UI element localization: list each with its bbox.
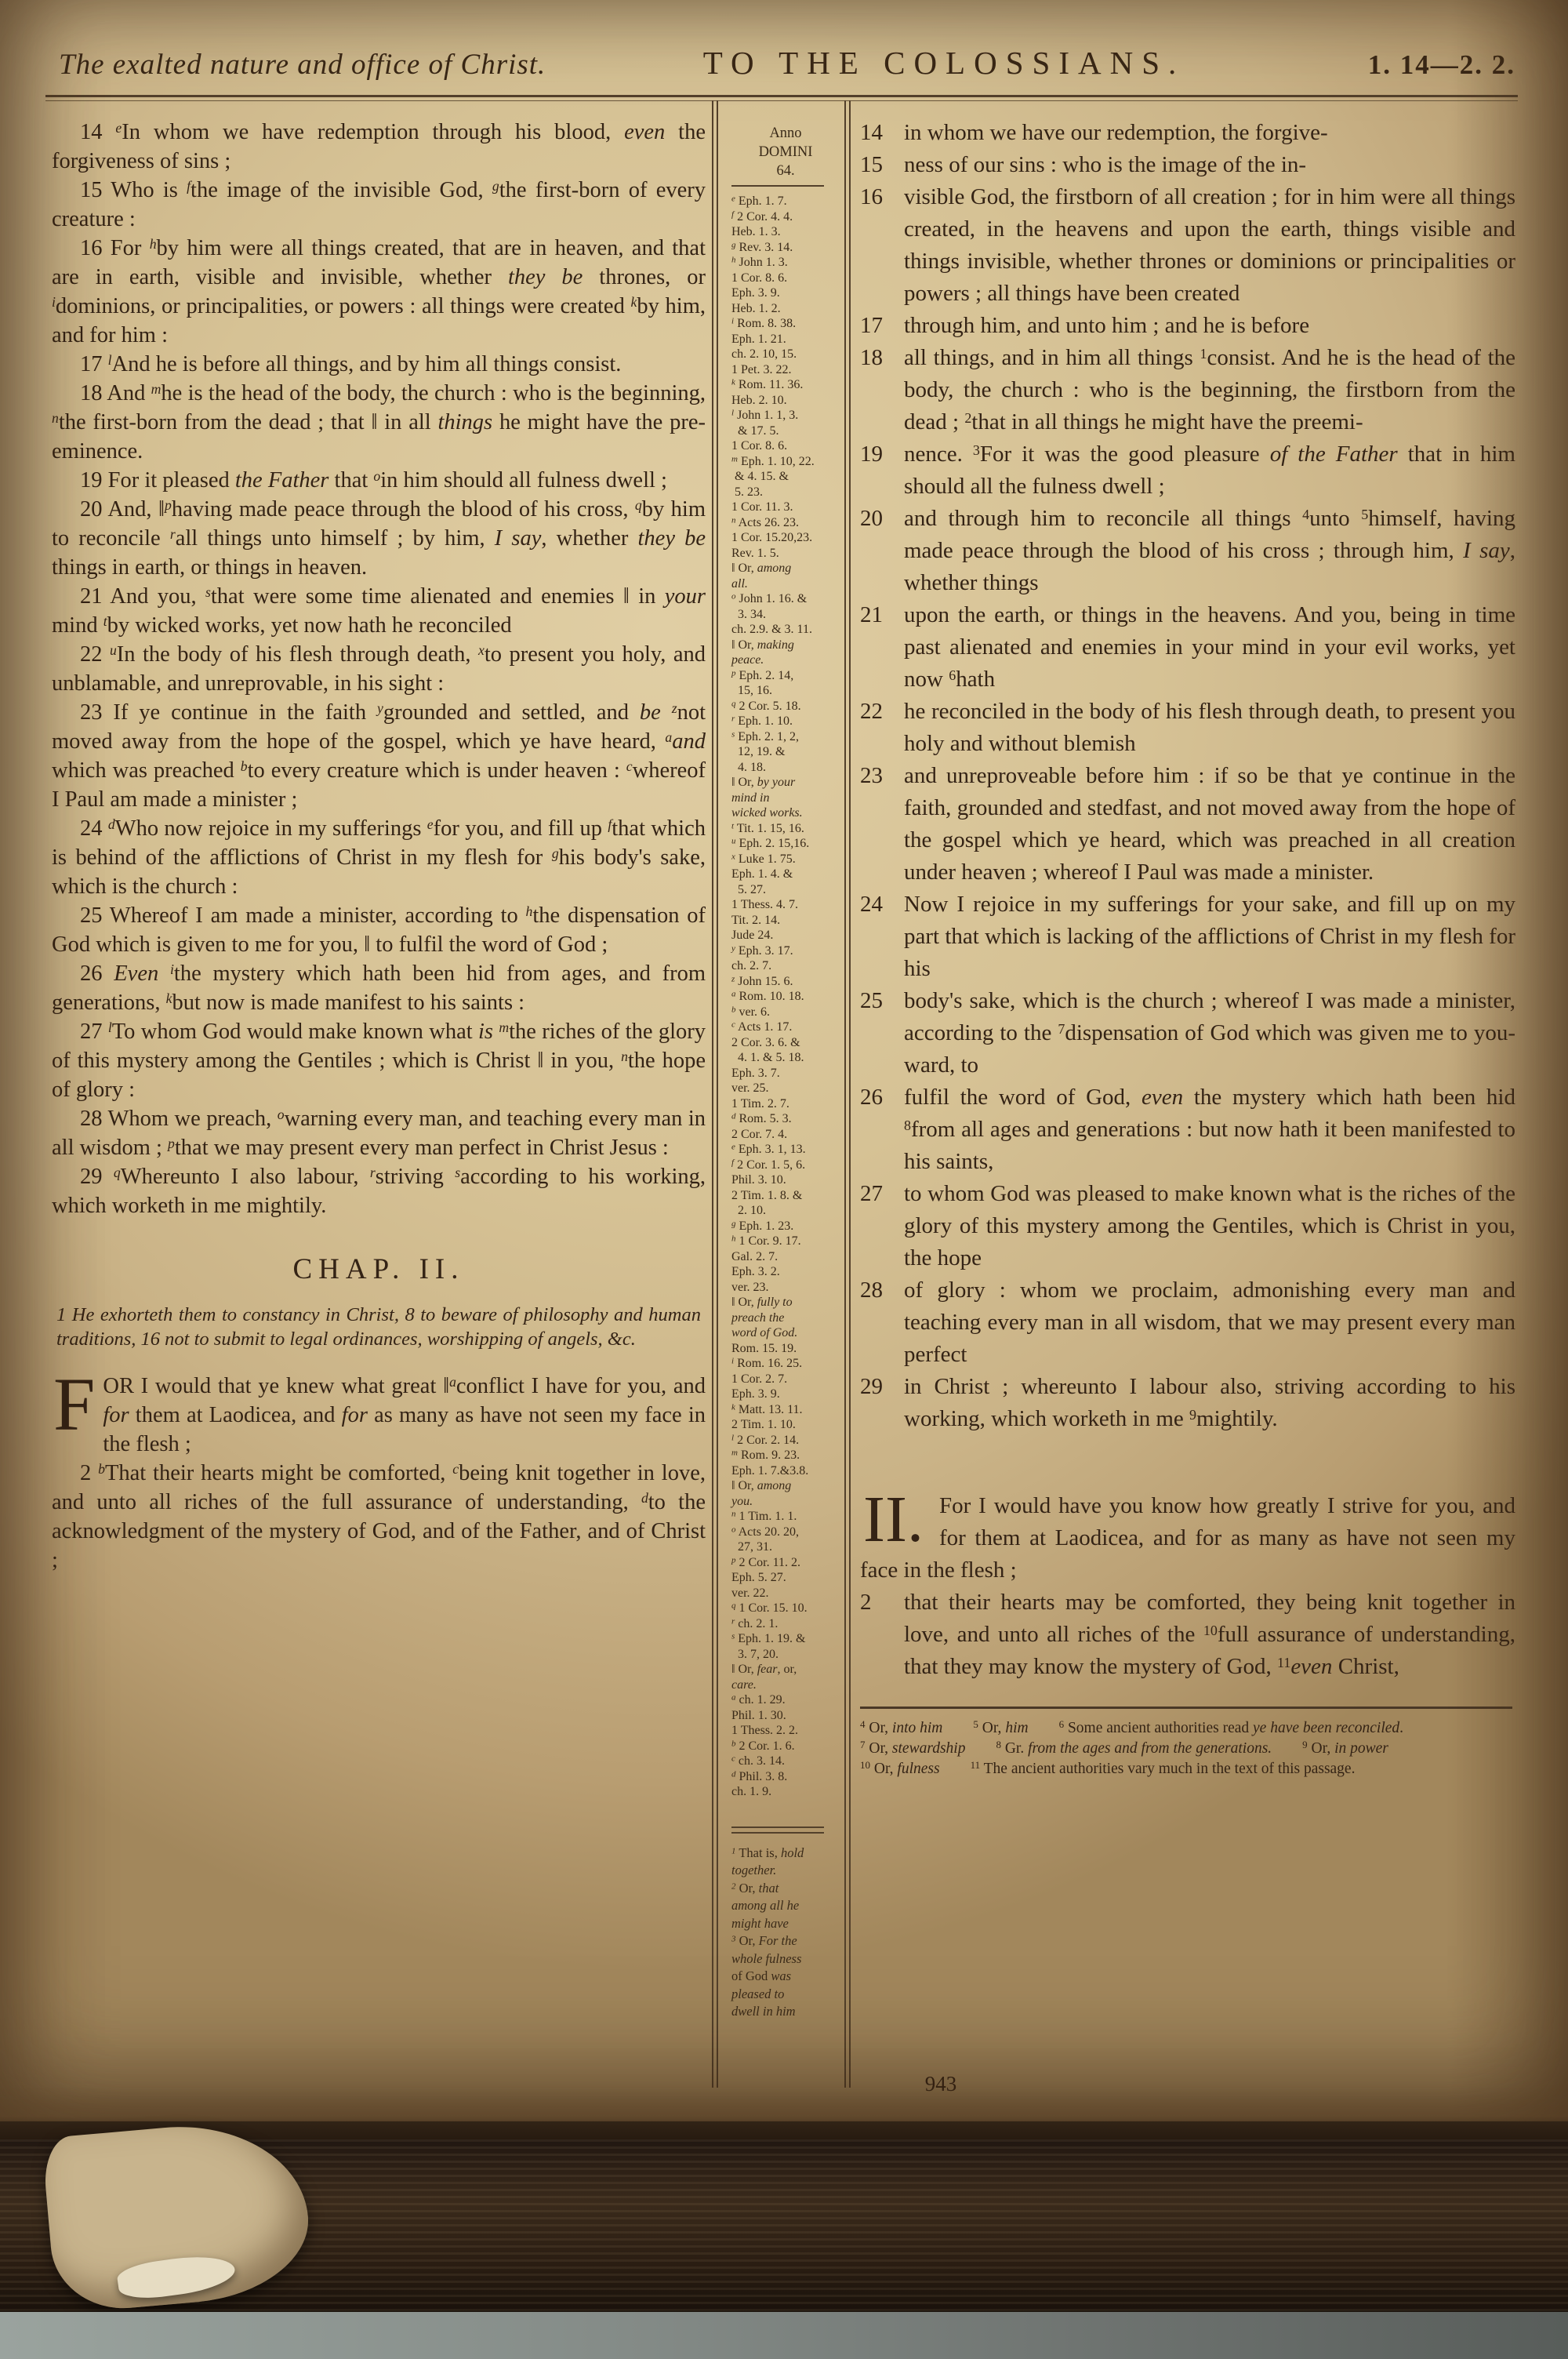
reference-line: Heb. 1. 2.	[731, 301, 840, 317]
reference-line: ver. 22.	[731, 1586, 840, 1601]
reference-line: 1 Cor. 8. 6.	[731, 271, 840, 286]
reference-line: r ch. 2. 1.	[731, 1616, 840, 1632]
rv-verse: 15ness of our sins : who is the image of…	[860, 149, 1515, 181]
page-title: TO THE COLOSSIANS.	[568, 44, 1319, 82]
verse-text: of glory : whom we proclaim, admonishing…	[904, 1278, 1515, 1367]
reference-line: Eph. 1. 7.&3.8.	[731, 1463, 840, 1479]
verse-number: 20	[860, 503, 904, 535]
reference-line: ‖ Or, among	[731, 1478, 840, 1494]
bible-page: The exalted nature and office of Christ.…	[0, 0, 1568, 2121]
reference-line: m Rom. 9. 23.	[731, 1448, 840, 1463]
reference-line: x Luke 1. 75.	[731, 852, 840, 867]
reference-line: l 2 Cor. 2. 14.	[731, 1433, 840, 1448]
reference-line: 1 Cor. 11. 3.	[731, 500, 840, 515]
page-bottom-shadow	[0, 2086, 1568, 2141]
reference-line: d Rom. 5. 3.	[731, 1111, 840, 1127]
verse-text: body's sake, which is the church ; where…	[904, 988, 1515, 1078]
kjv-verse: 15 Who is fthe image of the invisible Go…	[52, 176, 706, 234]
reference-line: mind in	[731, 791, 840, 806]
reference-line: Eph. 5. 27.	[731, 1570, 840, 1586]
table-surface	[0, 2312, 1568, 2359]
reference-line: wicked works.	[731, 805, 840, 821]
reference-line: g Rev. 3. 14.	[731, 240, 840, 256]
kjv-verse: 22 uIn the body of his flesh through dea…	[52, 640, 706, 698]
kjv-verse: 20 And, ‖phaving made peace through the …	[52, 495, 706, 582]
kjv-verse: 18 And mhe is the head of the body, the …	[52, 379, 706, 466]
reference-line: & 4. 15. &	[731, 469, 840, 485]
kjv-verse: 28 Whom we preach, owarning every man, a…	[52, 1104, 706, 1162]
kjv-verse: 26 Even ithe mystery which hath been hid…	[52, 959, 706, 1017]
verse-text: through him, and unto him ; and he is be…	[904, 313, 1309, 338]
reference-line: 3. 34.	[731, 607, 840, 623]
reference-line: y Eph. 3. 17.	[731, 943, 840, 959]
reference-line: 4. 1. & 5. 18.	[731, 1050, 840, 1066]
dropcap-letter: F	[52, 1372, 103, 1433]
reference-line: Jude 24.	[731, 928, 840, 943]
reference-line: t Tit. 1. 15, 16.	[731, 821, 840, 837]
reference-line: ‖ Or, among	[731, 561, 840, 576]
reference-line: e Eph. 1. 7.	[731, 194, 840, 209]
rv-verse: 14in whom we have our redemption, the fo…	[860, 117, 1515, 149]
reference-note-line: might have	[731, 1915, 840, 1933]
chapter-2-summary: 1 He exhorteth them to constancy in Chri…	[56, 1303, 701, 1351]
kjv-verse: 23 If ye continue in the faith ygrounded…	[52, 698, 706, 814]
verse-number: 27	[860, 1178, 904, 1210]
reference-line: Rev. 1. 5.	[731, 546, 840, 562]
reference-line: 3. 7, 20.	[731, 1647, 840, 1663]
footnote-list: 4 Or, into him 5 Or, him 6 Some ancient …	[860, 1718, 1515, 1779]
kjv-column: 14 eIn whom we have redemption through h…	[52, 118, 706, 1575]
verse-text: fulfil the word of God, even the mystery…	[904, 1085, 1515, 1174]
reference-line: ch. 2. 7.	[731, 958, 840, 974]
reference-line: u Eph. 2. 15,16.	[731, 836, 840, 852]
anno-line: DOMINI	[731, 143, 840, 162]
kjv-verse-list: 14 eIn whom we have redemption through h…	[52, 118, 706, 1220]
rv-verse: 17through him, and unto him ; and he is …	[860, 310, 1515, 342]
reference-line: 1 Thess. 2. 2.	[731, 1723, 840, 1739]
reference-line: ‖ Or, by your	[731, 775, 840, 791]
kjv-chapter-2-verse-1: FOR I would that ye knew what great ‖aco…	[52, 1372, 706, 1459]
kjv-verse: 17 lAnd he is before all things, and by …	[52, 350, 706, 379]
kjv-chapter-2-verse-1-text: OR I would that ye knew what great ‖acon…	[103, 1374, 706, 1456]
rv-verse: 29in Christ ; whereunto I labour also, s…	[860, 1371, 1515, 1435]
footnote-line: 10 Or, fulness 11 The ancient authoritie…	[860, 1759, 1515, 1779]
footnote-line: 4 Or, into him 5 Or, him 6 Some ancient …	[860, 1718, 1515, 1739]
reference-line: e Eph. 3. 1, 13.	[731, 1142, 840, 1158]
verse-text: upon the earth, or things in the heavens…	[904, 602, 1515, 692]
reference-line: Eph. 3. 7.	[731, 1066, 840, 1081]
rv-verse: 24Now I rejoice in my sufferings for you…	[860, 889, 1515, 985]
reference-line: 2 Tim. 1. 8. &	[731, 1188, 840, 1204]
rv-verse: 23and unreproveable before him : if so b…	[860, 760, 1515, 889]
reference-line: 1 Cor. 15.20,23.	[731, 530, 840, 546]
kjv-verse: 16 For hby him were all things created, …	[52, 234, 706, 350]
reference-line: ver. 23.	[731, 1280, 840, 1296]
reference-note-line: dwell in him	[731, 2003, 840, 2021]
reference-line: 15, 16.	[731, 683, 840, 699]
rv-verse: 2that their hearts may be comforted, the…	[860, 1587, 1515, 1683]
rv-verse: 26fulfil the word of God, even the myste…	[860, 1081, 1515, 1178]
anno-line: 64.	[731, 162, 840, 180]
verse-number: 24	[860, 889, 904, 921]
reference-line: m Eph. 1. 10, 22.	[731, 454, 840, 470]
column-rule-left-outer	[712, 100, 713, 2088]
page-header: The exalted nature and office of Christ.…	[59, 44, 1515, 82]
reference-line: ‖ Or, fully to	[731, 1295, 840, 1310]
reference-line: Phil. 1. 30.	[731, 1708, 840, 1724]
reference-line: 2 Cor. 3. 6. &	[731, 1035, 840, 1051]
reference-line: Rom. 15. 19.	[731, 1341, 840, 1357]
verse-number: 16	[860, 181, 904, 213]
reference-note-line: among all he	[731, 1897, 840, 1915]
reference-line: k Rom. 11. 36.	[731, 377, 840, 393]
chapter-numeral: II.	[860, 1490, 939, 1545]
reference-line: 1 Pet. 3. 22.	[731, 362, 840, 378]
verse-number: 22	[860, 696, 904, 728]
verse-text: to whom God was pleased to make known wh…	[904, 1181, 1515, 1270]
reference-line: 12, 19. &	[731, 744, 840, 760]
reference-line: word of God.	[731, 1325, 840, 1341]
reference-note-line: 2 Or, that	[731, 1880, 840, 1898]
reference-line: b ver. 6.	[731, 1005, 840, 1020]
verse-number: 21	[860, 599, 904, 631]
rv-verse: 25body's sake, which is the church ; whe…	[860, 985, 1515, 1081]
reference-line: c Acts 1. 17.	[731, 1020, 840, 1035]
column-rule-right-outer	[849, 100, 851, 2088]
column-rule-left-inner	[717, 100, 718, 2088]
reference-line: z John 15. 6.	[731, 974, 840, 990]
verse-text: and unreproveable before him : if so be …	[904, 763, 1515, 885]
header-rule	[45, 95, 1518, 101]
rv-verse: 28of glory : whom we proclaim, admonishi…	[860, 1274, 1515, 1371]
kjv-verse: 14 eIn whom we have redemption through h…	[52, 118, 706, 176]
reference-line: h John 1. 3.	[731, 255, 840, 271]
reference-line: s Eph. 2. 1, 2,	[731, 729, 840, 745]
verse-number: 28	[860, 1274, 904, 1307]
verse-number: 29	[860, 1371, 904, 1403]
verse-number: 26	[860, 1081, 904, 1114]
reference-line: 2 Tim. 1. 10.	[731, 1417, 840, 1433]
reference-double-rule	[731, 1826, 824, 1834]
reference-line: i Rom. 8. 38.	[731, 316, 840, 332]
references-column: Anno DOMINI 64. e Eph. 1. 7. f 2 Cor. 4.…	[731, 124, 840, 2021]
verse-text: that their hearts may be comforted, they…	[904, 1590, 1515, 1679]
reference-line: preach the	[731, 1310, 840, 1326]
rv-chapter-2-verse-1-text: For I would have you know how greatly I …	[860, 1493, 1515, 1583]
reference-line: r Eph. 1. 10.	[731, 714, 840, 729]
reference-line: i Rom. 16. 25.	[731, 1356, 840, 1372]
verse-number: 19	[860, 438, 904, 471]
rv-verse: 18all things, and in him all things 1con…	[860, 342, 1515, 438]
reference-note-line: of God was	[731, 1968, 840, 1986]
reference-line: b 2 Cor. 1. 6.	[731, 1739, 840, 1754]
reference-line: Eph. 1. 4. &	[731, 867, 840, 882]
reference-notes: 1 That is, hold together. 2 Or, that amo…	[731, 1845, 840, 2021]
rv-column: 14in whom we have our redemption, the fo…	[860, 117, 1515, 1779]
reference-line: n Acts 26. 23.	[731, 515, 840, 531]
reference-line: you.	[731, 1494, 840, 1510]
reference-line: ch. 2. 10, 15.	[731, 347, 840, 362]
rv-verse: 21upon the earth, or things in the heave…	[860, 599, 1515, 696]
reference-line: Tit. 2. 14.	[731, 913, 840, 929]
reference-line: c ch. 3. 14.	[731, 1754, 840, 1769]
verse-number: 18	[860, 342, 904, 374]
reference-line: f 2 Cor. 4. 4.	[731, 209, 840, 225]
reference-line: Phil. 3. 10.	[731, 1172, 840, 1188]
running-head: The exalted nature and office of Christ.	[59, 48, 568, 82]
reference-line: 1 Tim. 2. 7.	[731, 1096, 840, 1112]
reference-line: 1 Cor. 2. 7.	[731, 1372, 840, 1387]
reference-line: all.	[731, 576, 840, 592]
reference-line: Gal. 2. 7.	[731, 1249, 840, 1265]
reference-line: ch. 1. 9.	[731, 1784, 840, 1800]
rv-chapter-2-verse-1: II.For I would have you know how greatly…	[860, 1490, 1515, 1587]
reference-line: Eph. 3. 9.	[731, 1387, 840, 1402]
reference-line: Eph. 3. 2.	[731, 1264, 840, 1280]
reference-line: p 2 Cor. 11. 2.	[731, 1555, 840, 1571]
verse-text: he reconciled in the body of his flesh t…	[904, 699, 1515, 756]
reference-line: care.	[731, 1677, 840, 1693]
reference-line: 27, 31.	[731, 1539, 840, 1555]
rv-verse: 19nence. 3For it was the good pleasure o…	[860, 438, 1515, 503]
anno-domini: Anno DOMINI 64.	[731, 124, 840, 180]
reference-rule	[731, 185, 824, 187]
reference-line: 5. 23.	[731, 485, 840, 500]
rv-chapter-2-verse-list: 2that their hearts may be comforted, the…	[860, 1587, 1515, 1683]
verse-number: 2	[860, 1587, 904, 1619]
verse-text: all things, and in him all things 1consi…	[904, 345, 1515, 434]
kjv-verse: 24 dWho now rejoice in my sufferings efo…	[52, 814, 706, 901]
kjv-verse: 19 For it pleased the Father that oin hi…	[52, 466, 706, 495]
verse-text: nence. 3For it was the good pleasure of …	[904, 442, 1515, 499]
reference-line: ch. 2.9. & 3. 11.	[731, 622, 840, 638]
reference-line: Heb. 1. 3.	[731, 224, 840, 240]
rv-verse-list: 14in whom we have our redemption, the fo…	[860, 117, 1515, 1435]
rv-verse: 20and through him to reconcile all thing…	[860, 503, 1515, 599]
reference-line: 5. 27.	[731, 882, 840, 898]
verse-text: ness of our sins : who is the image of t…	[904, 152, 1306, 177]
reference-line: p Eph. 2. 14,	[731, 668, 840, 684]
reference-note-line: pleased to	[731, 1986, 840, 2004]
footnote-line: 7 Or, stewardship 8 Gr. from the ages an…	[860, 1739, 1515, 1759]
kjv-verse: 29 qWhereunto I also labour, rstriving s…	[52, 1162, 706, 1220]
rv-verse: 16visible God, the firstborn of all crea…	[860, 181, 1515, 310]
reference-line: g Eph. 1. 23.	[731, 1219, 840, 1234]
verse-number: 15	[860, 149, 904, 181]
reference-line: 2 Cor. 7. 4.	[731, 1127, 840, 1143]
verse-text: and through him to reconcile all things …	[904, 506, 1515, 595]
verse-text: in Christ ; whereunto I labour also, str…	[904, 1374, 1515, 1431]
reference-line: ver. 25.	[731, 1081, 840, 1096]
reference-list: e Eph. 1. 7. f 2 Cor. 4. 4. Heb. 1. 3. g…	[731, 194, 840, 1800]
reference-line: q 1 Cor. 15. 10.	[731, 1601, 840, 1616]
footnote-rule	[860, 1707, 1512, 1709]
reference-line: o John 1. 16. &	[731, 591, 840, 607]
reference-note-line: 1 That is, hold	[731, 1845, 840, 1863]
reference-line: 4. 18.	[731, 760, 840, 776]
reference-line: Eph. 3. 9.	[731, 285, 840, 301]
reference-note-line: 3 Or, For the	[731, 1932, 840, 1950]
verse-number: 25	[860, 985, 904, 1017]
reference-line: ‖ Or, making	[731, 638, 840, 653]
rv-verse: 27to whom God was pleased to make known …	[860, 1178, 1515, 1274]
verse-number: 14	[860, 117, 904, 149]
verse-text: Now I rejoice in my sufferings for your …	[904, 892, 1515, 981]
reference-line: o Acts 20. 20,	[731, 1525, 840, 1540]
reference-line: s Eph. 1. 19. &	[731, 1631, 840, 1647]
reference-line: h 1 Cor. 9. 17.	[731, 1234, 840, 1249]
reference-line: 2. 10.	[731, 1203, 840, 1219]
reference-line: a Rom. 10. 18.	[731, 989, 840, 1005]
photo-root: The exalted nature and office of Christ.…	[0, 0, 1568, 2359]
verse-text: visible God, the firstborn of all creati…	[904, 184, 1515, 306]
right-edge-shadow	[1450, 0, 1568, 2121]
kjv-verse: 21 And you, sthat were some time alienat…	[52, 582, 706, 640]
reference-line: peace.	[731, 652, 840, 668]
reference-line: Heb. 2. 10.	[731, 393, 840, 409]
reference-line: & 17. 5.	[731, 423, 840, 439]
kjv-verse: 25 Whereof I am made a minister, accordi…	[52, 901, 706, 959]
reference-line: a ch. 1. 29.	[731, 1692, 840, 1708]
reference-line: l John 1. 1, 3.	[731, 408, 840, 423]
anno-line: Anno	[731, 124, 840, 143]
reference-note-line: together.	[731, 1862, 840, 1880]
reference-line: 1 Cor. 8. 6.	[731, 438, 840, 454]
reference-line: 1 Thess. 4. 7.	[731, 897, 840, 913]
verse-number: 17	[860, 310, 904, 342]
column-rule-right-inner	[844, 100, 846, 2088]
reference-line: ‖ Or, fear, or,	[731, 1662, 840, 1677]
reference-line: q 2 Cor. 5. 18.	[731, 699, 840, 714]
chapter-2-heading: CHAP. II.	[52, 1255, 706, 1284]
reference-note-line: whole fulness	[731, 1950, 840, 1968]
reference-line: k Matt. 13. 11.	[731, 1402, 840, 1418]
reference-line: n 1 Tim. 1. 1.	[731, 1509, 840, 1525]
kjv-verse: 27 lTo whom God would make known what is…	[52, 1017, 706, 1104]
kjv-chapter-2-verse-2: 2 bThat their hearts might be comforted,…	[52, 1459, 706, 1575]
reference-line: d Phil. 3. 8.	[731, 1769, 840, 1785]
verse-text: in whom we have our redemption, the forg…	[904, 120, 1328, 145]
reference-line: Eph. 1. 21.	[731, 332, 840, 347]
verse-number: 23	[860, 760, 904, 792]
reference-line: f 2 Cor. 1. 5, 6.	[731, 1158, 840, 1173]
rv-verse: 22he reconciled in the body of his flesh…	[860, 696, 1515, 760]
